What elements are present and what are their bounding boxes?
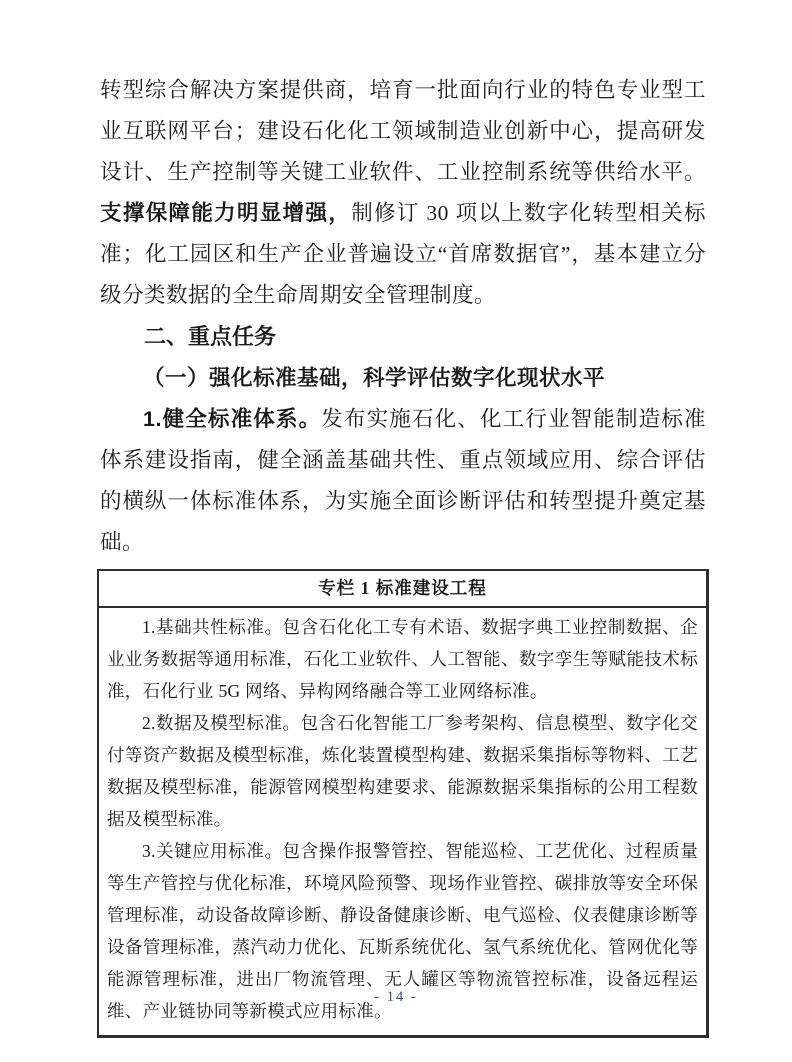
bold-lead-in-standard-system: 1.健全标准体系。 (143, 407, 321, 431)
callout-box-title: 专栏 1 标准建设工程 (99, 571, 706, 608)
document-page: 转型综合解决方案提供商，培育一批面向行业的特色专业型工业互联网平台；建设石化化工… (0, 0, 792, 1062)
section-heading-key-tasks: 二、重点任务 (100, 316, 706, 358)
callout-box-item-data-model-standards: 2.数据及模型标准。包含石化智能工厂参考架构、信息模型、数字化交付等资产数据及模… (107, 707, 698, 835)
callout-box-item-basic-common-standards: 1.基础共性标准。包含石化化工专有术语、数据字典工业控制数据、企业业务数据等通用… (107, 611, 698, 707)
paragraph-text: 转型综合解决方案提供商，培育一批面向行业的特色专业型工业互联网平台；建设石化化工… (100, 78, 706, 184)
paragraph-continuation: 转型综合解决方案提供商，培育一批面向行业的特色专业型工业互联网平台；建设石化化工… (100, 70, 706, 316)
bold-emphasis-support-guarantee: 支撑保障能力明显增强， (100, 201, 351, 225)
callout-box-standards-project: 专栏 1 标准建设工程 1.基础共性标准。包含石化化工专有术语、数据字典工业控制… (97, 569, 709, 1038)
document-content: 转型综合解决方案提供商，培育一批面向行业的特色专业型工业互联网平台；建设石化化工… (100, 70, 706, 1038)
page-number: - 14 - (0, 989, 792, 1006)
paragraph-standard-system: 1.健全标准体系。发布实施石化、化工行业智能制造标准体系建设指南，健全涵盖基础共… (100, 399, 706, 563)
subsection-heading-standards: （一）强化标准基础，科学评估数字化现状水平 (100, 358, 706, 399)
callout-box-body: 1.基础共性标准。包含石化化工专有术语、数据字典工业控制数据、企业业务数据等通用… (99, 608, 706, 1035)
